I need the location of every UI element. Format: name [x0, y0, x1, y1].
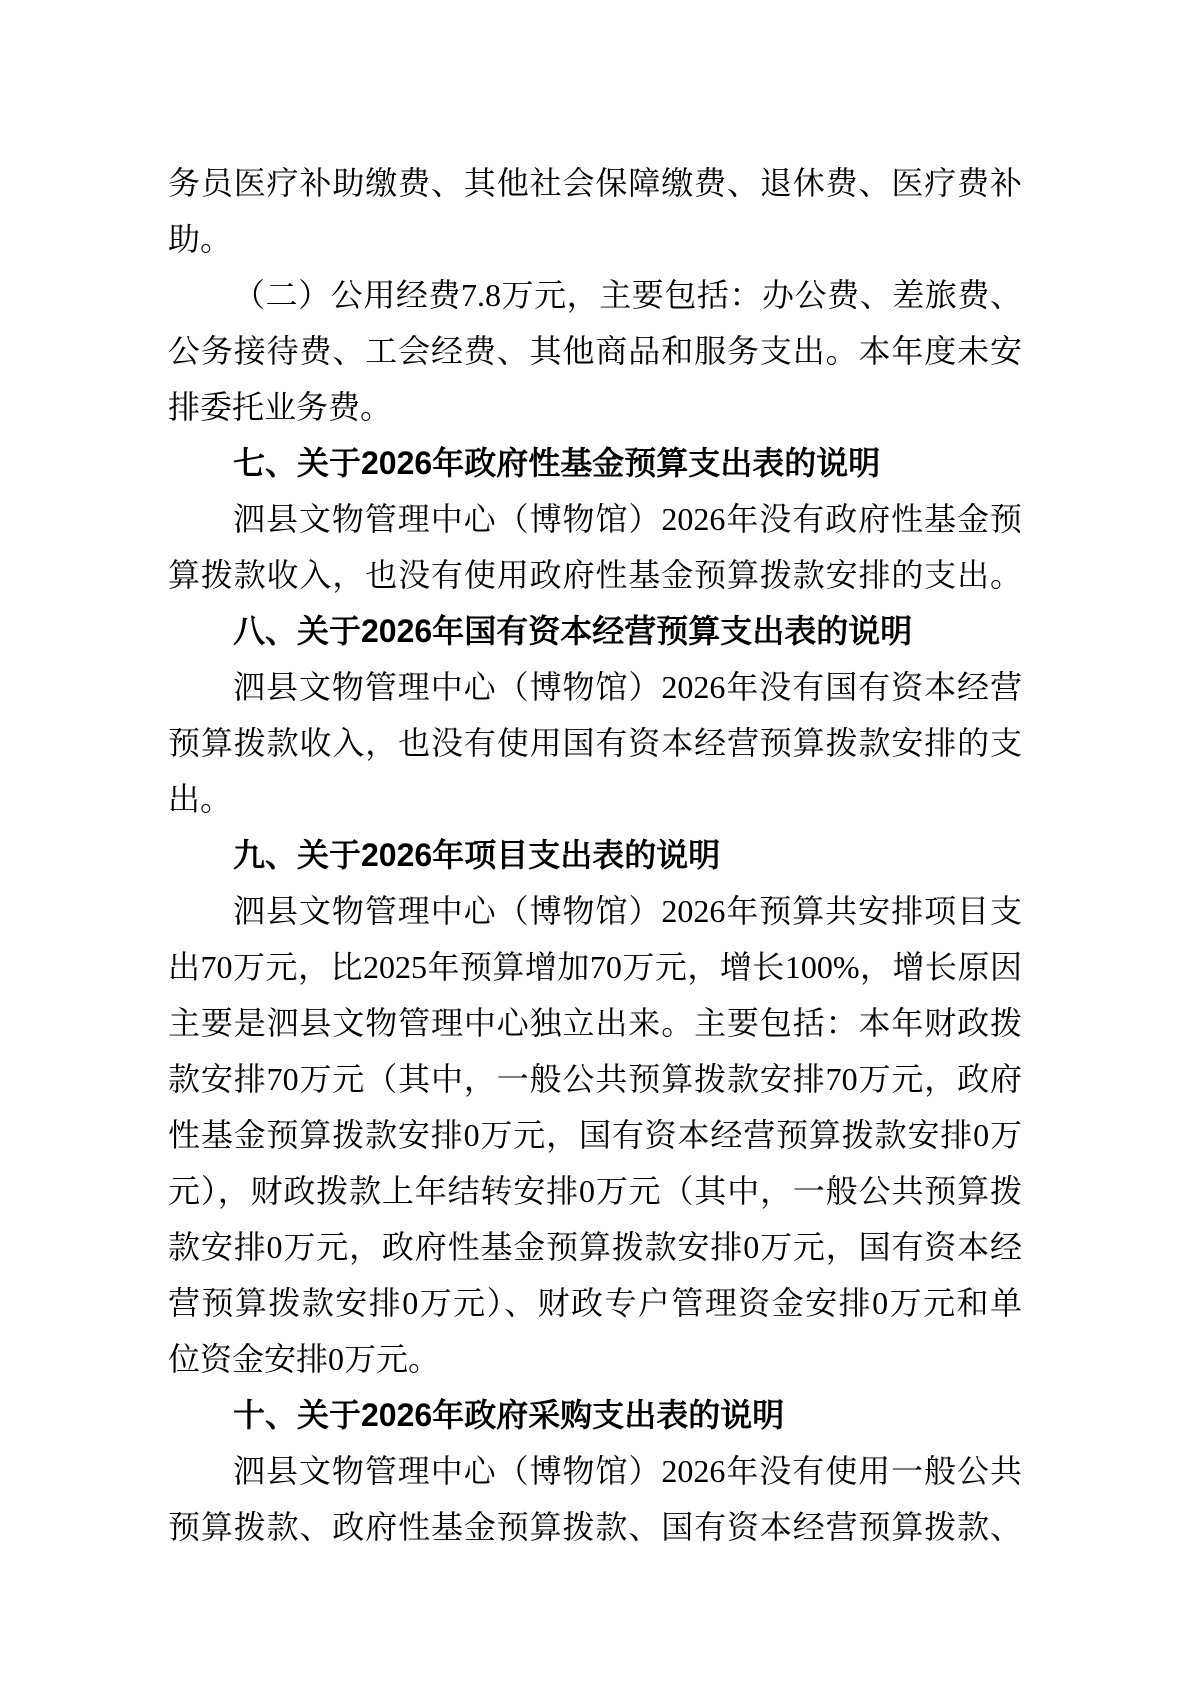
body-text-line: 出70万元，比2025年预算增加70万元，增长100%，增长原因	[168, 939, 1022, 995]
body-text-line: 出。	[168, 771, 1022, 827]
heading-line: 十、关于2026年政府采购支出表的说明	[168, 1387, 1022, 1443]
paragraph: 泗县文物管理中心（博物馆）2026年预算共安排项目支出70万元，比2025年预算…	[168, 883, 1022, 1387]
paragraph: 泗县文物管理中心（博物馆）2026年没有国有资本经营预算拨款收入，也没有使用国有…	[168, 659, 1022, 827]
body-text-line: 泗县文物管理中心（博物馆）2026年没有国有资本经营	[168, 659, 1022, 715]
body-text-line: 算拨款收入，也没有使用政府性基金预算拨款安排的支出。	[168, 547, 1022, 603]
body-text-line: 泗县文物管理中心（博物馆）2026年没有政府性基金预	[168, 491, 1022, 547]
body-text-line: 位资金安排0万元。	[168, 1331, 1022, 1387]
paragraph: 泗县文物管理中心（博物馆）2026年没有政府性基金预算拨款收入，也没有使用政府性…	[168, 491, 1022, 603]
paragraph: 泗县文物管理中心（博物馆）2026年没有使用一般公共预算拨款、政府性基金预算拨款…	[168, 1443, 1022, 1555]
section-heading-7: 七、关于2026年政府性基金预算支出表的说明	[168, 435, 1022, 491]
body-text-line: 款安排0万元，政府性基金预算拨款安排0万元，国有资本经	[168, 1219, 1022, 1275]
body-text-line: 务员医疗补助缴费、其他社会保障缴费、退休费、医疗费补	[168, 155, 1022, 211]
body-text-line: 元），财政拨款上年结转安排0万元（其中，一般公共预算拨	[168, 1163, 1022, 1219]
document-page: 务员医疗补助缴费、其他社会保障缴费、退休费、医疗费补助。（二）公用经费7.8万元…	[0, 0, 1190, 1684]
body-text-line: 泗县文物管理中心（博物馆）2026年预算共安排项目支	[168, 883, 1022, 939]
body-text-line: 预算拨款、政府性基金预算拨款、国有资本经营预算拨款、	[168, 1499, 1022, 1555]
body-text-line: 营预算拨款安排0万元）、财政专户管理资金安排0万元和单	[168, 1275, 1022, 1331]
body-text-line: 公务接待费、工会经费、其他商品和服务支出。本年度未安	[168, 323, 1022, 379]
heading-line: 七、关于2026年政府性基金预算支出表的说明	[168, 435, 1022, 491]
body-text-line: （二）公用经费7.8万元，主要包括：办公费、差旅费、	[168, 267, 1022, 323]
section-heading-8: 八、关于2026年国有资本经营预算支出表的说明	[168, 603, 1022, 659]
heading-line: 八、关于2026年国有资本经营预算支出表的说明	[168, 603, 1022, 659]
paragraph: （二）公用经费7.8万元，主要包括：办公费、差旅费、公务接待费、工会经费、其他商…	[168, 267, 1022, 435]
document-text-block: 务员医疗补助缴费、其他社会保障缴费、退休费、医疗费补助。（二）公用经费7.8万元…	[168, 155, 1022, 1555]
body-text-line: 泗县文物管理中心（博物馆）2026年没有使用一般公共	[168, 1443, 1022, 1499]
body-text-line: 预算拨款收入，也没有使用国有资本经营预算拨款安排的支	[168, 715, 1022, 771]
paragraph: 务员医疗补助缴费、其他社会保障缴费、退休费、医疗费补助。	[168, 155, 1022, 267]
body-text-line: 助。	[168, 211, 1022, 267]
body-text-line: 性基金预算拨款安排0万元，国有资本经营预算拨款安排0万	[168, 1107, 1022, 1163]
body-text-line: 主要是泗县文物管理中心独立出来。主要包括：本年财政拨	[168, 995, 1022, 1051]
section-heading-9: 九、关于2026年项目支出表的说明	[168, 827, 1022, 883]
body-text-line: 排委托业务费。	[168, 379, 1022, 435]
section-heading-10: 十、关于2026年政府采购支出表的说明	[168, 1387, 1022, 1443]
heading-line: 九、关于2026年项目支出表的说明	[168, 827, 1022, 883]
body-text-line: 款安排70万元（其中，一般公共预算拨款安排70万元，政府	[168, 1051, 1022, 1107]
